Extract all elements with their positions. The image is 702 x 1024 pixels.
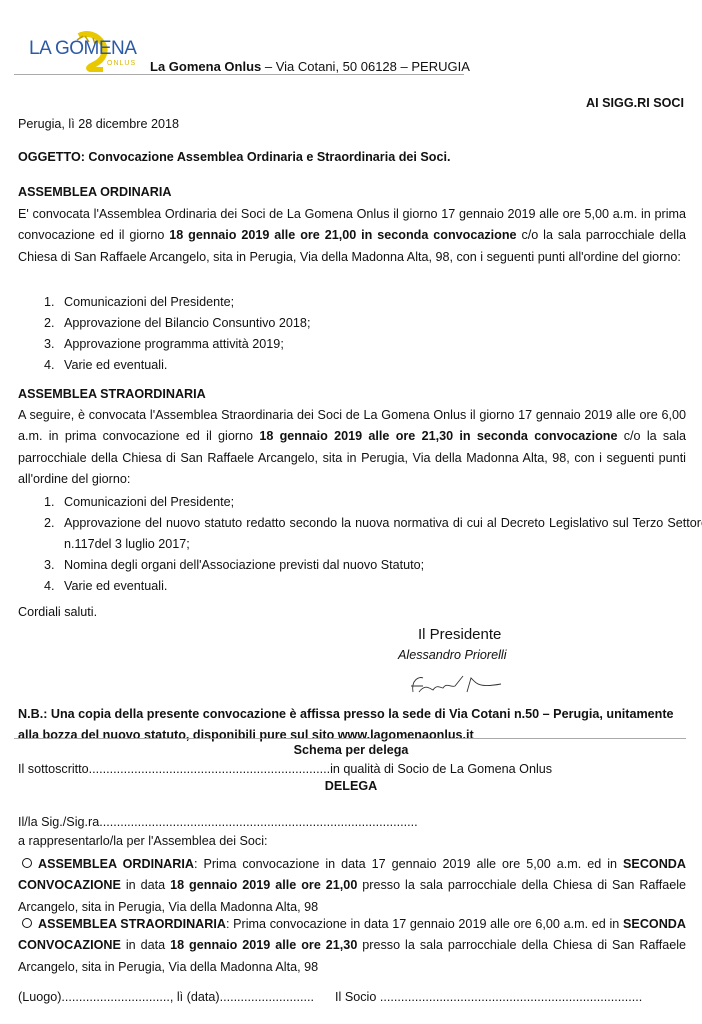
date-line: Perugia, lì 28 dicembre 2018: [18, 117, 179, 131]
delegate-name-field[interactable]: Il/la Sig./Sig.ra.......................…: [18, 815, 418, 829]
list-item: Comunicazioni del Presidente;: [58, 292, 310, 313]
rappresentare-line: a rappresentarlo/la per l'Assemblea dei …: [18, 834, 268, 848]
logo: LA GOMENA ONLUS: [27, 30, 139, 72]
header-address: La Gomena Onlus – Via Cotani, 50 06128 –…: [150, 59, 470, 74]
signature-name: Alessandro Priorelli: [398, 648, 507, 662]
nb-note: N.B.: Una copia della presente convocazi…: [18, 704, 690, 747]
list-item: Varie ed eventuali.: [58, 576, 702, 597]
list-item: Varie ed eventuali.: [58, 355, 310, 376]
header-divider: [14, 74, 464, 75]
subject: OGGETTO: Convocazione Assemblea Ordinari…: [18, 150, 451, 164]
section-divider: [14, 738, 686, 739]
list-item: Comunicazioni del Presidente;: [58, 492, 702, 513]
radio-ordinaria[interactable]: [22, 858, 32, 868]
schema-title: Schema per delega: [0, 743, 702, 757]
list-item: Approvazione del nuovo statuto redatto s…: [58, 513, 702, 555]
signature-scribble-icon: [405, 670, 505, 700]
signature-footer-line[interactable]: (Luogo)..............................., …: [18, 990, 642, 1004]
option-ordinaria: ASSEMBLEA ORDINARIA: Prima convocazione …: [18, 854, 686, 918]
straordinaria-list: Comunicazioni del Presidente; Approvazio…: [18, 492, 702, 597]
closing: Cordiali saluti.: [18, 605, 97, 619]
logo-text: LA GOMENA: [29, 38, 136, 60]
ordinaria-list: Comunicazioni del Presidente; Approvazio…: [18, 292, 310, 376]
list-item: Nomina degli organi dell'Associazione pr…: [58, 555, 702, 576]
list-item: Approvazione del Bilancio Consuntivo 201…: [58, 313, 310, 334]
radio-straordinaria[interactable]: [22, 918, 32, 928]
ordinaria-heading: ASSEMBLEA ORDINARIA: [18, 185, 171, 199]
option-straordinaria: ASSEMBLEA STRAORDINARIA: Prima convocazi…: [18, 914, 686, 978]
list-item: Approvazione programma attività 2019;: [58, 334, 310, 355]
ordinaria-text: E' convocata l'Assemblea Ordinaria dei S…: [18, 204, 686, 268]
delega-title: DELEGA: [0, 779, 702, 793]
straordinaria-heading: ASSEMBLEA STRAORDINARIA: [18, 387, 206, 401]
recipient: AI SIGG.RI SOCI: [586, 96, 684, 110]
signature-title: Il Presidente: [418, 626, 501, 643]
sottoscritto-line: Il sottoscritto.........................…: [18, 762, 552, 776]
logo-subtext: ONLUS: [107, 60, 136, 67]
straordinaria-text: A seguire, è convocata l'Assemblea Strao…: [18, 405, 686, 490]
